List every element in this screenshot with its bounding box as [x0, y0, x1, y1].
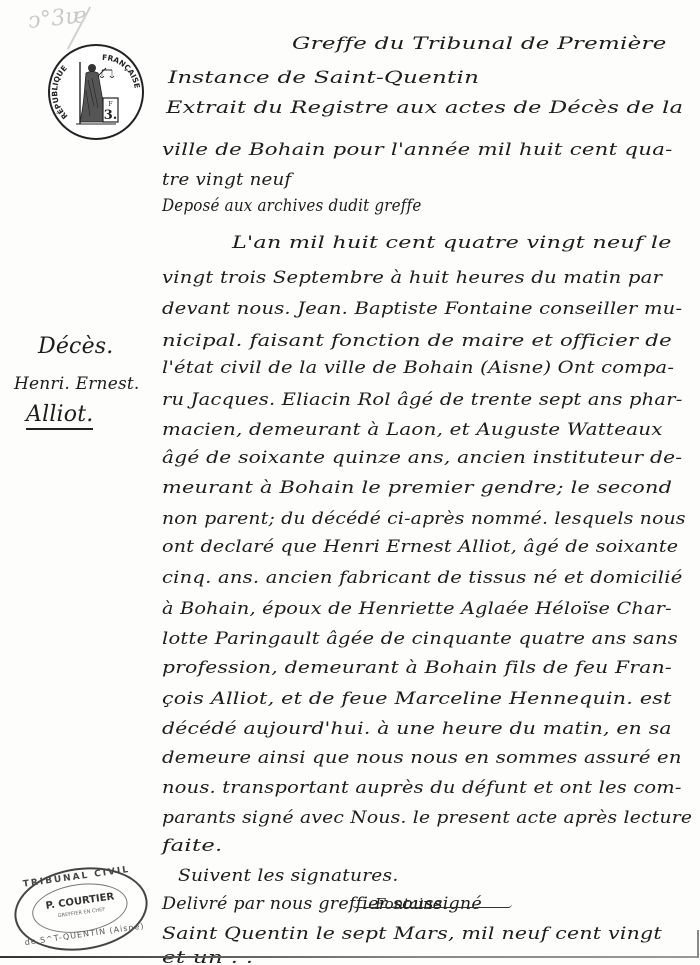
record-line: Suivent les signatures. [178, 868, 398, 885]
record-line: nous. transportant auprès du défunt et o… [162, 780, 682, 797]
record-line: l'état civil de la ville de Bohain (Aisn… [162, 360, 674, 377]
record-line: lotte Paringault âgée de cinquante quatr… [162, 631, 678, 648]
record-line: non parent; du décédé ci-après nommé. le… [162, 511, 686, 528]
svg-text:RÉPUBLIQUE: RÉPUBLIQUE [50, 64, 69, 121]
record-line: meurant à Bohain le premier gendre; le s… [162, 480, 672, 497]
page-right-edge [697, 930, 699, 958]
margin-surname: Alliot. [26, 404, 93, 430]
record-line: ont declaré que Henri Ernest Alliot, âgé… [162, 539, 678, 556]
svg-text:3.: 3. [104, 108, 118, 123]
record-line: à Bohain, époux de Henriette Aglaée Hélo… [162, 601, 672, 618]
record-line: vingt trois Septembre à huit heures du m… [162, 270, 662, 287]
svg-text:F: F [108, 101, 112, 108]
svg-text:FRANÇAISE: FRANÇAISE [102, 53, 142, 89]
record-line: décédé aujourd'hui. à une heure du matin… [162, 721, 672, 738]
record-line: parants signé avec Nous. le present acte… [162, 810, 692, 827]
margin-title: Décès. [38, 336, 113, 358]
record-line: Instance de Saint-Quentin [168, 70, 479, 87]
record-line: macien, demeurant à Laon, et Auguste Wat… [162, 422, 663, 439]
record-line: faite. [162, 838, 222, 855]
record-line: ru Jacques. Eliacin Rol âgé de trente se… [162, 392, 683, 409]
record-line: Extrait du Registre aux actes de Décès d… [166, 100, 683, 117]
document-page: ↄ°3ᵫ RÉPUBLIQUE FRANÇAISE [0, 0, 700, 965]
record-line: Saint Quentin le sept Mars, mil neuf cen… [162, 926, 662, 943]
record-line: demeure ainsi que nous nous en sommes as… [162, 750, 682, 767]
record-line: cinq. ans. ancien fabricant de tissus né… [162, 570, 683, 587]
record-line: tre vingt neuf [162, 172, 292, 189]
record-line: çois Alliot, et de feue Marceline Henneq… [162, 691, 672, 708]
record-line: Greffe du Tribunal de Première [292, 36, 667, 53]
record-line: nicipal. faisant fonction de maire et of… [162, 333, 672, 350]
record-line: devant nous. Jean. Baptiste Fontaine con… [162, 301, 682, 318]
record-line: Deposé aux archives dudit greffe [162, 198, 421, 215]
record-line: L'an mil huit cent quatre vingt neuf le [232, 235, 672, 252]
greffier-signature: Fontaine [375, 895, 442, 913]
greffe-stamp: TRIBUNAL CIVIL P. COURTIER GREFFIER EN C… [9, 859, 153, 959]
margin-given-names: Henri. Ernest. [14, 376, 140, 393]
fiscal-stamp: RÉPUBLIQUE FRANÇAISE F 3. [48, 44, 144, 140]
record-line: âgé de soixante quinze ans, ancien insti… [162, 450, 682, 467]
page-bottom-edge [0, 956, 698, 958]
record-line: profession, demeurant à Bohain fils de f… [162, 660, 672, 677]
record-line: ville de Bohain pour l'année mil huit ce… [162, 142, 673, 159]
marianne-justice-scales-icon: RÉPUBLIQUE FRANÇAISE F 3. [50, 46, 142, 138]
